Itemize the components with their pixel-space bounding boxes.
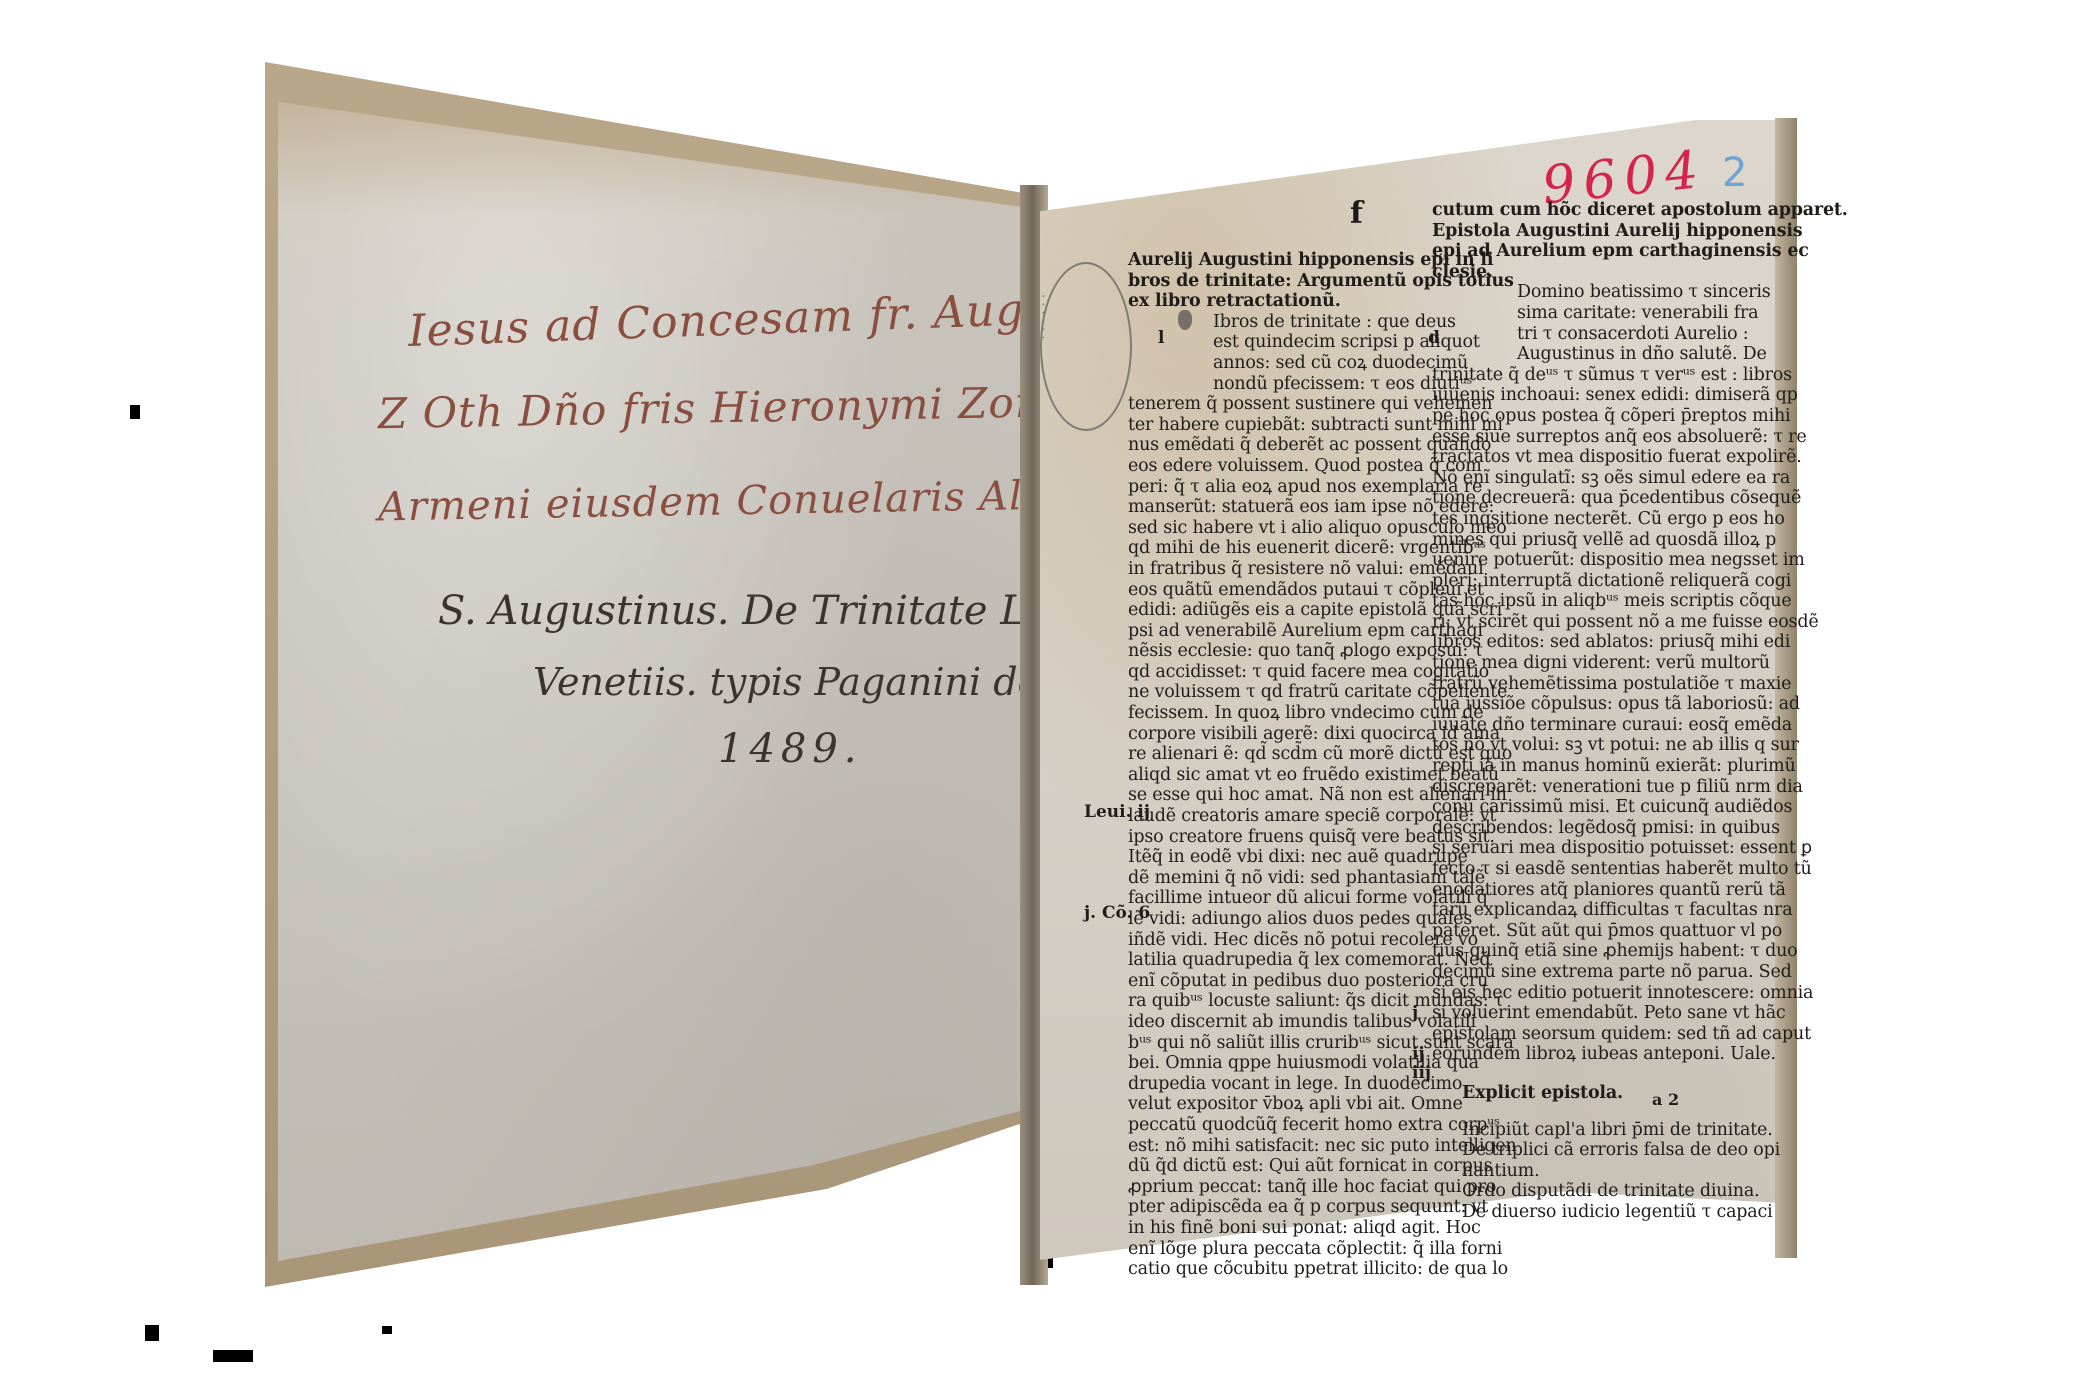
- text-line: fecissem. In quoꝝ libro vndecimo cum de: [1128, 703, 1413, 724]
- chapter-line: nantium.: [1432, 1161, 1717, 1182]
- text-line: ideo discernit ab imundis talibus volati…: [1128, 1012, 1413, 1033]
- text-line: tractatos vt mea dispositio fuerat expol…: [1432, 447, 1717, 468]
- text-line: catio que cõcubitu ppetrat illicito: de …: [1128, 1259, 1413, 1280]
- text-line: mines qui priusq̃ vellẽ ad quosdã illoꝝ …: [1432, 530, 1717, 551]
- text-line: esse siue surreptos anq̃ eos absoluerẽ: …: [1432, 427, 1717, 448]
- text-line: tãs hoc ipsũ in aliqbᵘˢ meis scriptis cõ…: [1432, 591, 1717, 612]
- text-line: sima caritate: venerabili fra: [1432, 303, 1717, 324]
- text-line: se esse qui hoc amat. Nã non est alienar…: [1128, 785, 1413, 806]
- text-line: Domino beatissimo τ sinceris: [1432, 282, 1717, 303]
- text-line: iuuãte dño terminare curaui: eosq̃ emẽda: [1432, 715, 1717, 736]
- text-line: nẽsis ecclesie: quo tanq̃ ꝓlogo exposui:…: [1128, 641, 1413, 662]
- volume-mark: 2: [1722, 150, 1747, 196]
- title-note-year: 1489.: [718, 726, 863, 772]
- text-line: fratrũ vehemẽtissima postulatiõe τ maxie: [1432, 674, 1717, 695]
- text-line: tenerem q̃ possent sustinere qui vehemen: [1128, 394, 1413, 415]
- text-column-right: cutum cum hõc diceret apostolum apparet.…: [1432, 200, 1717, 1223]
- library-stamp-icon: · · · · · ·: [1040, 262, 1132, 431]
- text-line: enodatiores atq̃ planiores quantũ rerũ t…: [1432, 880, 1717, 901]
- text-line: ter habere cupiebãt: subtracti sunt mihi…: [1128, 415, 1413, 436]
- chapter-heading: Incipiũt capl'a libri p̄mi de trinitate.: [1432, 1120, 1717, 1141]
- heading-line: Aurelij Augustini hipponensis epi in li: [1128, 250, 1413, 271]
- text-line: Ibros de trinitate : que deus: [1128, 312, 1413, 333]
- text-line: cutum cum hõc diceret apostolum apparet.: [1432, 200, 1717, 221]
- text-line: repti iã in manus hominũ exierãt: plurim…: [1432, 756, 1717, 777]
- ownership-inscription-line: Armeni eiusdem Conuelaris Almeni: [378, 471, 1128, 530]
- text-line: libros editos: sed ablatos: priusq̃ mihi…: [1432, 632, 1717, 653]
- heading-line: ex libro retractationũ.: [1128, 291, 1413, 312]
- text-line: iñdẽ vidi. Hec dicẽs nõ potui recolere v…: [1128, 930, 1413, 951]
- text-line: eos quãtũ emendãdos putaui τ cõpleui et: [1128, 580, 1413, 601]
- text-line: facillime intueor dũ alicui forme volati…: [1128, 888, 1413, 909]
- text-line: annos: sed cũ coꝝ duodecimũ: [1128, 353, 1413, 374]
- signature-letter: f: [1350, 196, 1363, 231]
- text-line: lẽ vidi: adiungo alios duos pedes quales: [1128, 909, 1413, 930]
- text-line: edidi: adiũgẽs eis a capite epistolã quã…: [1128, 600, 1413, 621]
- text-line: tius quinq̃ etiã sine ꝓhemijs habent: τ …: [1432, 941, 1717, 962]
- heading-line: bros de trinitate: Argumentũ opis totius: [1128, 271, 1413, 292]
- text-line: epistolam seorsum quidem: sed tñ ad capu…: [1432, 1024, 1717, 1045]
- heading-line: epi ad Aurelium epm carthaginensis ec: [1432, 241, 1717, 262]
- text-line: dũ q̃d dictũ est: Qui aũt fornicat in co…: [1128, 1156, 1413, 1177]
- text-line: tos nõ vt volui: sꝫ vt potui: ne ab illi…: [1432, 735, 1717, 756]
- text-line: est quindecim scripsi p aliquot: [1128, 332, 1413, 353]
- text-line: trinitate q̃ deᵘˢ τ sũmus τ verᵘˢ est : …: [1432, 365, 1717, 386]
- text-line: enĩ cõputat in pedibus duo posteriora cr…: [1128, 971, 1413, 992]
- text-line: corpore visibili agerẽ: dixi quocirca id…: [1128, 724, 1413, 745]
- artifact-speck: [130, 405, 140, 419]
- text-line: aliqd sic amat vt eo fruẽdo existimet be…: [1128, 765, 1413, 786]
- text-line: peccatũ quodcũq̃ fecerit homo extra corp…: [1128, 1115, 1413, 1136]
- text-line: re alienari ẽ: qd̃ scd̃m cũ morẽ dictũ e…: [1128, 744, 1413, 765]
- text-line: uenire potuerũt: dispositio mea negsset …: [1432, 550, 1717, 571]
- text-line: tione mea digni viderent: verũ multorũ: [1432, 653, 1717, 674]
- text-line: tarũ explicandaꝝ difficultas τ facultas …: [1432, 900, 1717, 921]
- text-line: est: nõ mihi satisfacit: nec sic puto in…: [1128, 1136, 1413, 1157]
- heading-line: clesie.: [1432, 262, 1717, 283]
- heading-line: Epistola Augustini Aurelij hipponensis: [1432, 221, 1717, 242]
- text-line: tione decreuerã: qua p̄cedentibus cõsequ…: [1432, 488, 1717, 509]
- text-line: drupedia vocant in lege. In duodecimo: [1128, 1074, 1413, 1095]
- book-photograph: Iesus ad Concesam fr. Augustini Z Oth Dñ…: [0, 0, 2074, 1382]
- text-line: eos edere voluissem. Quod postea q̃ com: [1128, 456, 1413, 477]
- artifact-speck: [145, 1325, 159, 1341]
- text-line: velut expositor v̄boꝝ apli vbi ait. Omne: [1128, 1094, 1413, 1115]
- folio-signature: a 2: [1652, 1090, 1679, 1109]
- text-line: nondũ pfecissem: τ eos diutiᵘˢ: [1128, 374, 1413, 395]
- text-line: tes inqsitione necterẽt. Cũ ergo p eos h…: [1432, 509, 1717, 530]
- text-line: ipso creatore fruens quisq̃ vere beatus …: [1128, 827, 1413, 848]
- text-line: dẽ memini q̃ nõ vidi: sed phantasiam tal…: [1128, 868, 1413, 889]
- text-line: latilia quadrupedia q̃ lex comemorat. Ne…: [1128, 950, 1413, 971]
- text-line: in fratribus q̃ resistere nõ valui: emẽd…: [1128, 559, 1413, 580]
- chapter-line: De diuerso iudicio legentiũ τ capaci: [1432, 1202, 1717, 1223]
- text-line: in his finẽ boni sui ponat: aliqd agit. …: [1128, 1218, 1413, 1239]
- text-line: ꝓprium peccat: tanq̃ ille hoc faciat qui…: [1128, 1177, 1413, 1198]
- text-line: qd accidisset: τ quid facere mea cogitat…: [1128, 662, 1413, 683]
- text-line: conũ carissimũ misi. Et cuicunq̃ audiẽdo…: [1432, 797, 1717, 818]
- text-line: si voluerint emendabũt. Peto sane vt hãc: [1432, 1003, 1717, 1024]
- stamp-text: · · · · · ·: [1035, 294, 1050, 339]
- text-line: pateret. Sũt aũt qui p̄mos quattuor vl p…: [1432, 921, 1717, 942]
- chapter-line: Ordo disputãdi de trinitate diuina.: [1432, 1181, 1717, 1202]
- text-line: bei. Omnia qppe huiusmodi volatilia qua: [1128, 1053, 1413, 1074]
- text-line: psi ad venerabilẽ Aurelium epm carthagi: [1128, 621, 1413, 642]
- text-line: peri: q̃ τ alia eoꝝ apud nos exemplaria …: [1128, 477, 1413, 498]
- text-line: ne voluissem τ qd fratrũ caritate cõpell…: [1128, 682, 1413, 703]
- text-line: pleri: interruptã dictationẽ reliquerã c…: [1432, 571, 1717, 592]
- text-line: laudẽ creatoris amare speciẽ corporalẽ: …: [1128, 806, 1413, 827]
- text-line: si eis hec editio potuerit innotescere: …: [1432, 983, 1717, 1004]
- text-line: fecto τ si easdẽ sententias haberẽt mult…: [1432, 859, 1717, 880]
- text-line: enĩ lõge plura peccata cõplectit: q̃ ill…: [1128, 1239, 1413, 1260]
- ownership-inscription-line: Z Oth Dño fris Hieronymi Zorea: [378, 377, 1088, 438]
- left-flyleaf: Iesus ad Concesam fr. Augustini Z Oth Dñ…: [278, 78, 1040, 1273]
- artifact-speck: [382, 1326, 392, 1334]
- text-line: eorundem libroꝝ iubeas anteponi. Uale.: [1432, 1044, 1717, 1065]
- text-line: ri: vt scirẽt qui possent nõ a me fuisse…: [1432, 612, 1717, 633]
- text-line: manserũt: statuerã eos iam ipse nõ edere…: [1128, 497, 1413, 518]
- text-line: si seruari mea dispositio potuisset: ess…: [1432, 838, 1717, 859]
- text-line: ra quibᵘˢ locuste saliunt: q̃s dicit mun…: [1128, 991, 1413, 1012]
- text-line: sed sic habere vt i alio aliquo opusculo…: [1128, 518, 1413, 539]
- text-line: tua iussiõe cõpulsus: opus tã laboriosũ:…: [1432, 694, 1717, 715]
- text-line: tri τ consacerdoti Aurelio :: [1432, 324, 1717, 345]
- text-line: iuuenis inchoaui: senex edidi: dimiserã …: [1432, 385, 1717, 406]
- text-line: discreparẽt: venerationi tue p filiũ nrm…: [1432, 777, 1717, 798]
- text-line: Itẽq̃ in eodẽ vbi dixi: nec auẽ quadrupe: [1128, 847, 1413, 868]
- text-line: Augustinus in dño salutẽ. De: [1432, 344, 1717, 365]
- text-line: nus emẽdati q̃ deberẽt ac possent quando: [1128, 435, 1413, 456]
- text-line: Nõ enĩ singulatĩ: sꝫ oẽs simul edere ea …: [1432, 468, 1717, 489]
- text-line: decimũ sine extrema parte nõ parua. Sed: [1432, 962, 1717, 983]
- artifact-speck: [213, 1350, 253, 1362]
- chapter-line: De triplici cã erroris falsa de deo opi: [1432, 1140, 1717, 1161]
- text-line: qd mihi de his euenerit dicerẽ: vrgentib…: [1128, 538, 1413, 559]
- text-line: describendos: legẽdosq̃ pmisi: in quibus: [1432, 818, 1717, 839]
- text-line: pter adipiscẽda ea q̃ p corpus sequunt: …: [1128, 1197, 1413, 1218]
- text-line: bᵘˢ qui nõ saliũt illis cruribᵘˢ sicut s…: [1128, 1033, 1413, 1054]
- text-column-left: Aurelij Augustini hipponensis epi in li …: [1128, 250, 1413, 1280]
- text-line: pe hoc opus postea q̃ cõperi p̄reptos mi…: [1432, 406, 1717, 427]
